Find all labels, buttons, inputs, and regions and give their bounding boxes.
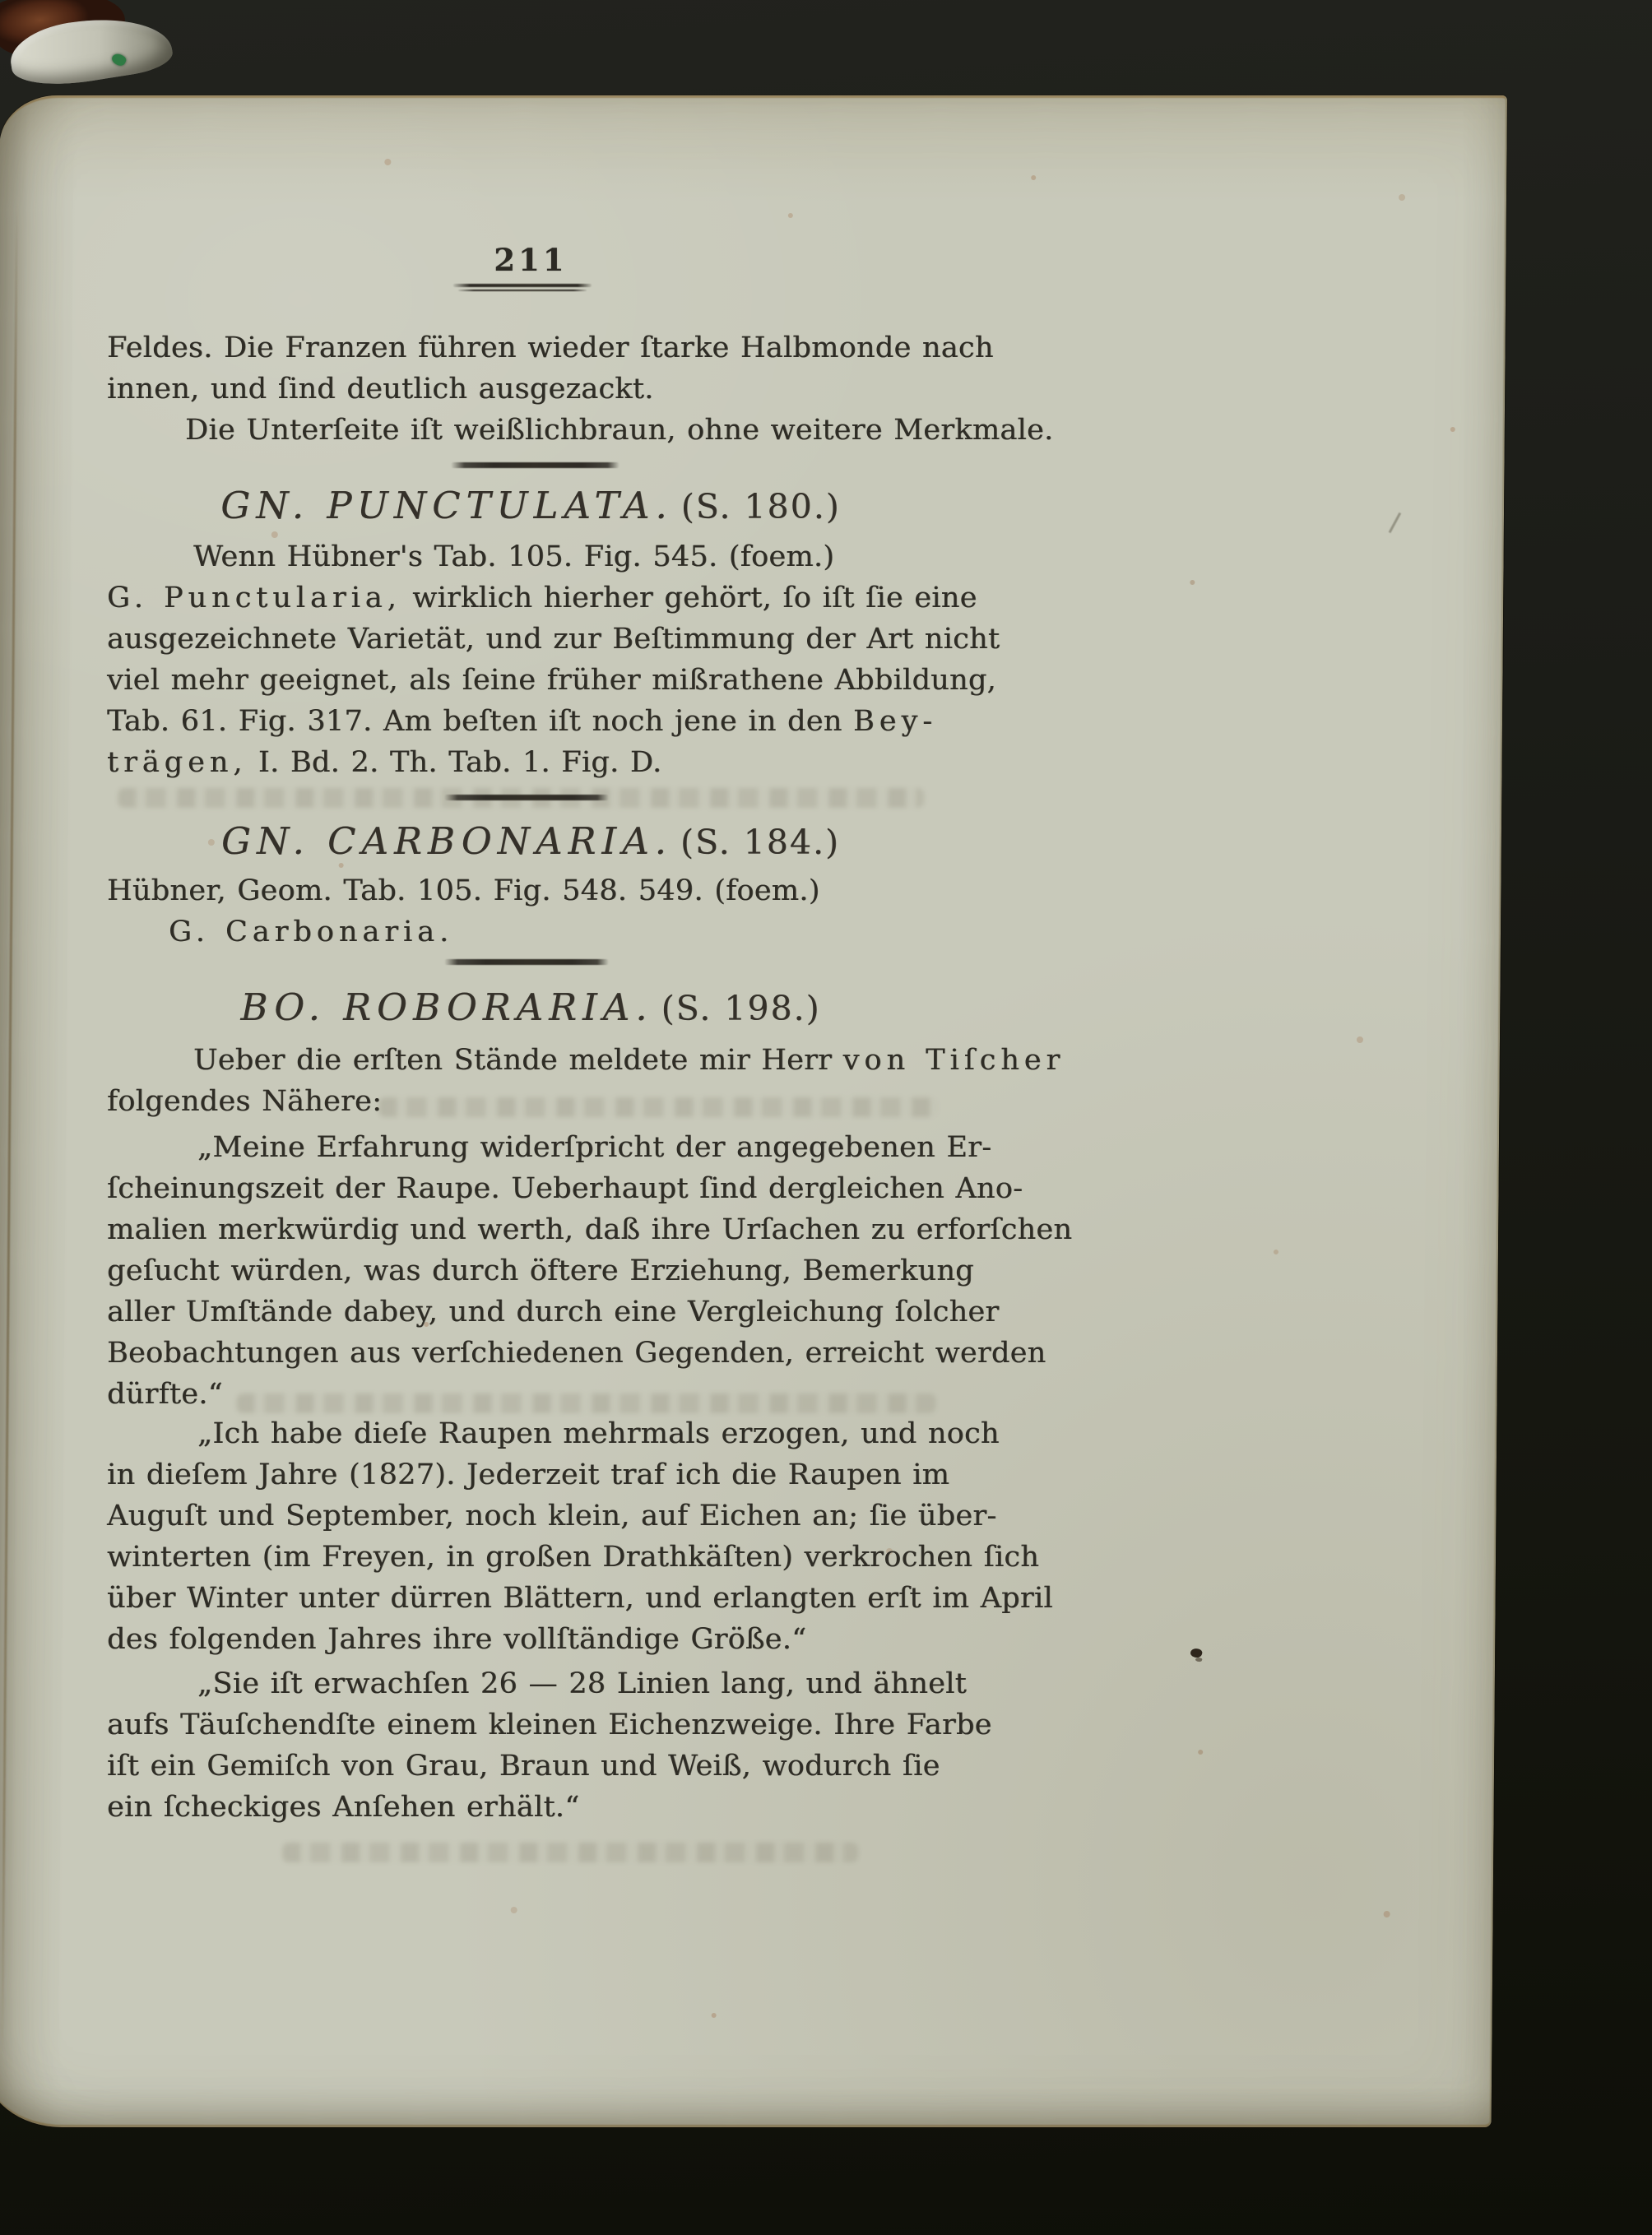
text-line: Tab. 61. Fig. 317. Am beſten iſt noch je… <box>107 701 1000 742</box>
text-line: Die Unterſeite iſt weißlichbraun, ohne w… <box>107 410 1053 451</box>
text-segment: Beobachtungen aus verſchiedenen Gegenden… <box>107 1337 1046 1370</box>
paragraph: Feldes. Die Franzen führen wieder ſtarke… <box>107 327 1053 451</box>
section-divider-rule <box>444 795 609 800</box>
scanned-book-page: 211 Feldes. Die Franzen führen wieder ſt… <box>0 0 1652 2235</box>
text-segment: trägen, <box>107 746 247 779</box>
text-segment: innen, und ſind deutlich ausgezackt. <box>107 373 654 406</box>
text-segment: Hübner, Geom. Tab. 105. Fig. 548. 549. (… <box>107 874 820 907</box>
text-segment: Bey- <box>853 705 937 738</box>
text-line: Feldes. Die Franzen führen wieder ſtarke… <box>107 327 1053 369</box>
text-line: ein ſcheckiges Anſehen erhält.“ <box>107 1787 992 1828</box>
paragraph: Hübner, Geom. Tab. 105. Fig. 548. 549. (… <box>107 870 820 953</box>
text-segment: geſucht würden, was durch öftere Erziehu… <box>107 1254 974 1287</box>
page-reference: (S. 180.) <box>681 487 841 526</box>
text-line: viel mehr geeignet, als ſeine früher miß… <box>107 660 1000 701</box>
text-segment: dürfte.“ <box>107 1378 223 1411</box>
text-line: G. Carbonaria. <box>107 911 820 953</box>
text-segment: Ueber die erſten Stände meldete mir Herr <box>193 1044 843 1077</box>
section-heading: BO. ROBORARIA.(S. 198.) <box>107 985 954 1029</box>
text-line: Auguſt und September, noch klein, auf Ei… <box>107 1495 1053 1537</box>
section-heading: GN. PUNCTULATA.(S. 180.) <box>107 484 954 527</box>
text-line: trägen, I. Bd. 2. Th. Tab. 1. Fig. D. <box>107 742 1000 783</box>
text-segment: „Sie iſt erwachſen 26 — 28 Linien lang, … <box>197 1667 967 1700</box>
species-name: GN. PUNCTULATA. <box>220 484 673 527</box>
text-line: Ueber die erſten Stände meldete mir Herr… <box>107 1040 1065 1081</box>
text-line: „Ich habe dieſe Raupen mehrmals erzogen,… <box>107 1413 1053 1454</box>
text-line: malien merkwürdig und werth, daß ihre Ur… <box>107 1209 1072 1250</box>
paragraph: „Ich habe dieſe Raupen mehrmals erzogen,… <box>107 1413 1053 1660</box>
text-segment: I. Bd. 2. Th. Tab. 1. Fig. D. <box>247 746 661 779</box>
text-line: winterten (im Freyen, in großen Drathkäſ… <box>107 1537 1053 1578</box>
text-line: G. Punctularia, wirklich hierher gehört,… <box>107 577 1000 619</box>
paragraph: Wenn Hübner's Tab. 105. Fig. 545. (foem.… <box>107 536 1000 783</box>
text-line: ſcheinungszeit der Raupe. Ueberhaupt ſin… <box>107 1168 1072 1209</box>
paragraph: „Sie iſt erwachſen 26 — 28 Linien lang, … <box>107 1663 992 1828</box>
rule-bar <box>458 290 587 291</box>
page-reference: (S. 198.) <box>661 989 821 1028</box>
text-segment: viel mehr geeignet, als ſeine früher miß… <box>107 664 996 697</box>
text-segment: iſt ein Gemiſch von Grau, Braun und Weiß… <box>107 1750 940 1783</box>
species-name: GN. CARBONARIA. <box>221 819 672 863</box>
text-line: innen, und ſind deutlich ausgezackt. <box>107 369 1053 410</box>
text-segment: malien merkwürdig und werth, daß ihre Ur… <box>107 1213 1072 1246</box>
rule-bar <box>453 284 592 287</box>
text-line: in dieſem Jahre (1827). Jederzeit traf i… <box>107 1454 1053 1495</box>
text-segment: Feldes. Die Franzen führen wieder ſtarke… <box>107 332 994 364</box>
text-segment: Wenn Hübner's Tab. 105. Fig. 545. (foem.… <box>193 540 834 573</box>
text-line: geſucht würden, was durch öftere Erziehu… <box>107 1250 1072 1291</box>
section-divider-rule <box>444 959 609 965</box>
species-name: BO. ROBORARIA. <box>240 985 652 1029</box>
text-line: folgendes Nähere: <box>107 1081 1065 1122</box>
text-segment: „Meine Erfahrung widerſpricht der angege… <box>197 1131 991 1164</box>
text-line: Hübner, Geom. Tab. 105. Fig. 548. 549. (… <box>107 870 820 911</box>
text-segment: „Ich habe dieſe Raupen mehrmals erzogen,… <box>197 1417 1000 1450</box>
paragraph: „Meine Erfahrung widerſpricht der angege… <box>107 1127 1072 1415</box>
text-segment: wirklich hierher gehört, ſo iſt ſie eine <box>401 582 977 614</box>
text-segment: G. Carbonaria. <box>169 916 453 948</box>
text-segment: des folgenden Jahres ihre vollſtändige G… <box>107 1623 806 1656</box>
text-segment: Tab. 61. Fig. 317. Am beſten iſt noch je… <box>107 705 853 738</box>
text-segment: ſcheinungszeit der Raupe. Ueberhaupt ſin… <box>107 1172 1023 1205</box>
text-segment: über Winter unter dürren Blättern, und e… <box>107 1582 1053 1615</box>
text-line: „Meine Erfahrung widerſpricht der angege… <box>107 1127 1072 1168</box>
text-segment: winterten (im Freyen, in großen Drathkäſ… <box>107 1541 1039 1574</box>
text-segment: folgendes Nähere: <box>107 1085 382 1118</box>
paragraph: Ueber die erſten Stände meldete mir Herr… <box>107 1040 1065 1122</box>
page-number-rule <box>453 284 592 291</box>
text-segment: Die Unterſeite iſt weißlichbraun, ohne w… <box>185 414 1053 447</box>
text-segment: Auguſt und September, noch klein, auf Ei… <box>107 1500 997 1533</box>
text-segment: ein ſcheckiges Anſehen erhält.“ <box>107 1791 579 1824</box>
content-layer: 211 Feldes. Die Franzen führen wieder ſt… <box>0 0 1652 2235</box>
text-line: dürfte.“ <box>107 1374 1072 1415</box>
section-heading: GN. CARBONARIA.(S. 184.) <box>107 819 954 863</box>
page-number: 211 <box>107 242 954 278</box>
text-line: ausgezeichnete Varietät, und zur Beſtimm… <box>107 619 1000 660</box>
text-line: Beobachtungen aus verſchiedenen Gegenden… <box>107 1333 1072 1374</box>
text-segment: ausgezeichnete Varietät, und zur Beſtimm… <box>107 623 1000 656</box>
text-line: aller Umſtände dabey, und durch eine Ver… <box>107 1291 1072 1333</box>
text-segment: G. Punctularia, <box>107 582 401 614</box>
text-line: iſt ein Gemiſch von Grau, Braun und Weiß… <box>107 1746 992 1787</box>
section-divider-rule <box>451 462 619 468</box>
text-line: „Sie iſt erwachſen 26 — 28 Linien lang, … <box>107 1663 992 1704</box>
text-line: Wenn Hübner's Tab. 105. Fig. 545. (foem.… <box>107 536 1000 577</box>
text-line: über Winter unter dürren Blättern, und e… <box>107 1578 1053 1619</box>
text-segment: in dieſem Jahre (1827). Jederzeit traf i… <box>107 1458 949 1491</box>
text-line: des folgenden Jahres ihre vollſtändige G… <box>107 1619 1053 1660</box>
text-segment: von Tiſcher <box>843 1044 1065 1077</box>
text-segment: aufs Täuſchendſte einem kleinen Eichenzw… <box>107 1709 992 1741</box>
text-line: aufs Täuſchendſte einem kleinen Eichenzw… <box>107 1704 992 1746</box>
page-reference: (S. 184.) <box>680 823 840 862</box>
text-segment: aller Umſtände dabey, und durch eine Ver… <box>107 1296 999 1328</box>
